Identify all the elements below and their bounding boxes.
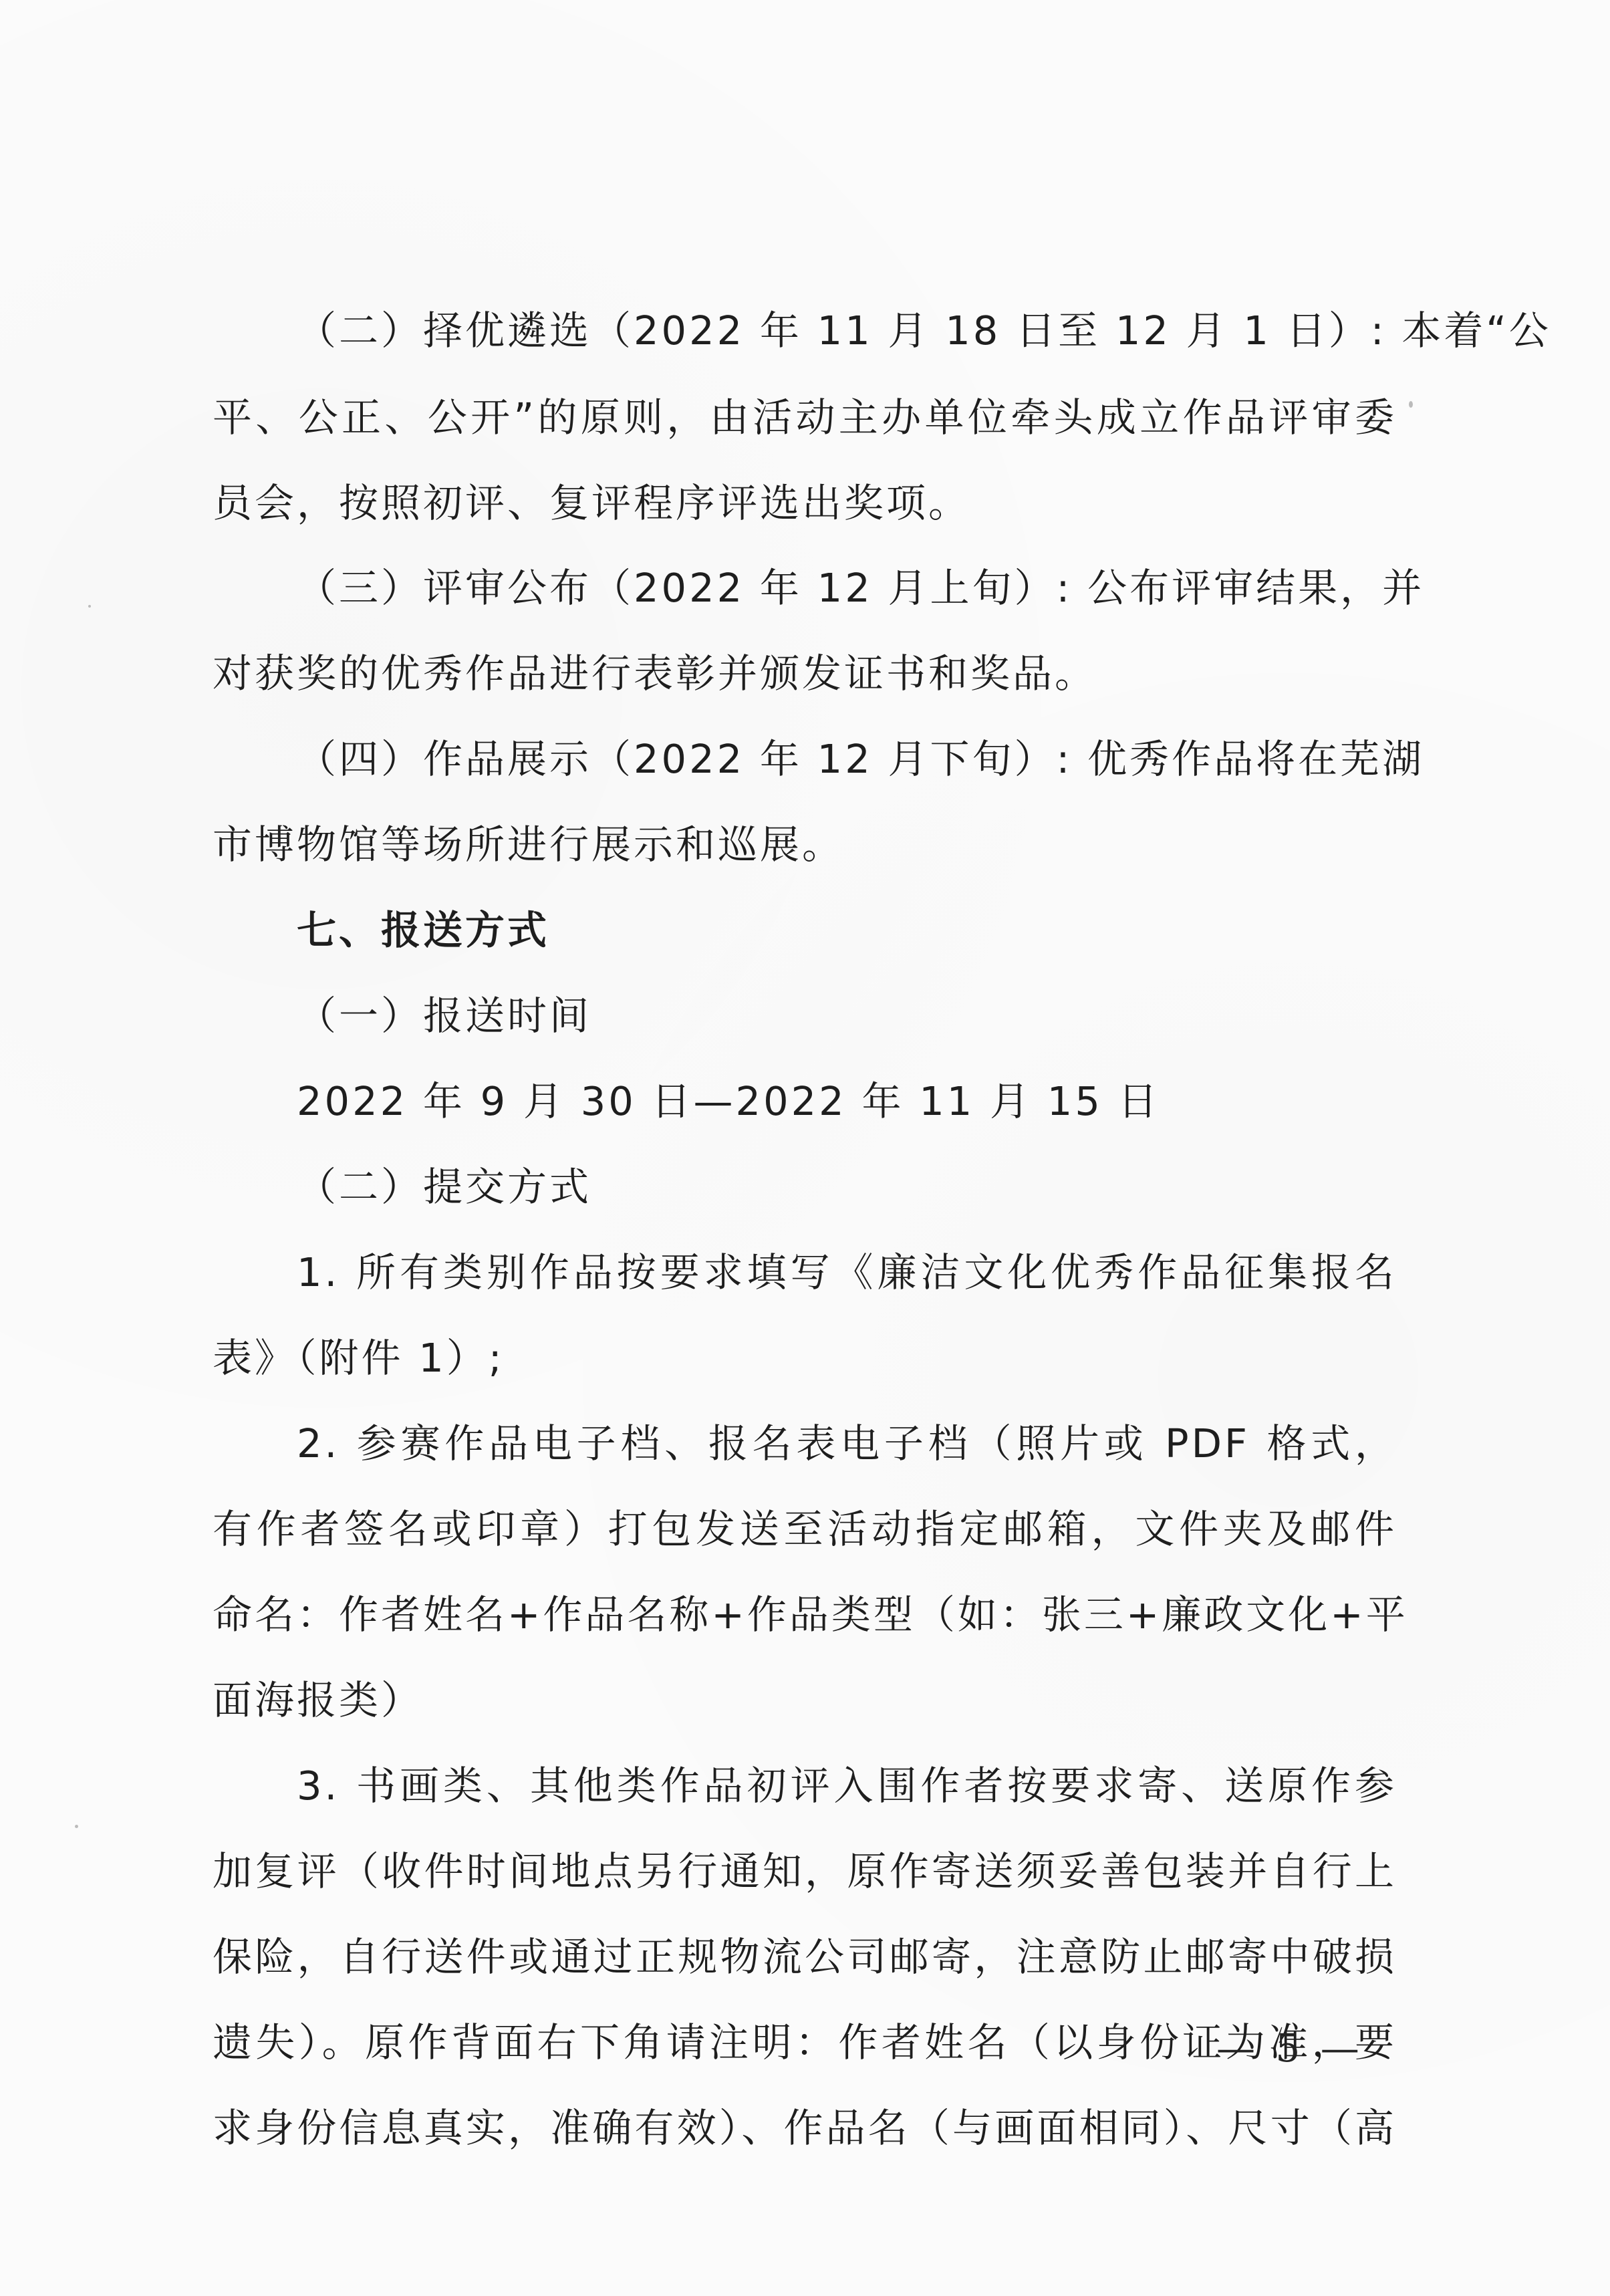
subsection-heading-method: （二）提交方式 <box>213 1147 1397 1227</box>
paragraph-announcement-line-1: （三）评审公布（2022 年 12 月上旬）: 公布评审结果，并 <box>213 548 1397 628</box>
subsection-heading-time: （一）报送时间 <box>213 976 1397 1056</box>
method-item-2-line-2: 有作者签名或印章）打包发送至活动指定邮箱，文件夹及邮件 <box>213 1489 1397 1569</box>
method-item-2-line-4: 面海报类） <box>213 1660 1397 1741</box>
paragraph-exhibition-line-1: （四）作品展示（2022 年 12 月下旬）: 优秀作品将在芜湖 <box>213 719 1397 799</box>
scan-speck <box>88 605 91 608</box>
method-item-3-line-2: 加复评（收件时间地点另行通知，原作寄送须妥善包装并自行上 <box>213 1831 1397 1912</box>
paragraph-selection-line-1: （二）择优遴选（2022 年 11 月 18 日至 12 月 1 日）: 本着“… <box>213 291 1397 371</box>
method-item-1-line-2: 表》（附件 1）; <box>213 1318 1397 1398</box>
document-page: （二）择优遴选（2022 年 11 月 18 日至 12 月 1 日）: 本着“… <box>0 0 1610 2296</box>
paragraph-exhibition-line-2: 市博物馆等场所进行展示和巡展。 <box>213 805 1397 885</box>
paragraph-selection-line-2: 平、公正、公开”的原则，由活动主办单位牵头成立作品评审委 <box>213 378 1397 458</box>
paragraph-selection-line-3: 员会，按照初评、复评程序评选出奖项。 <box>213 463 1397 543</box>
section-heading-submission: 七、报送方式 <box>213 890 1397 971</box>
scan-speck <box>1409 401 1413 408</box>
paragraph-announcement-line-2: 对获奖的优秀作品进行表彰并颁发证书和奖品。 <box>213 634 1397 714</box>
method-item-3-line-3: 保险，自行送件或通过正规物流公司邮寄，注意防止邮寄中破损 <box>213 1917 1397 1997</box>
method-item-2-line-3: 命名：作者姓名+作品名称+作品类型（如：张三+廉政文化+平 <box>213 1575 1397 1655</box>
method-item-3-line-5: 求身份信息真实，准确有效）、作品名（与画面相同）、尺寸（高 <box>213 2088 1397 2168</box>
method-item-3-line-1: 3. 书画类、其他类作品初评入围作者按要求寄、送原作参 <box>213 1746 1397 1826</box>
method-item-1-line-1: 1. 所有类别作品按要求填写《廉洁文化优秀作品征集报名 <box>213 1233 1397 1313</box>
page-number: — 5 — <box>1216 2025 1363 2071</box>
submission-date-range: 2022 年 9 月 30 日—2022 年 11 月 15 日 <box>213 1061 1397 1142</box>
method-item-2-line-1: 2. 参赛作品电子档、报名表电子档（照片或 PDF 格式， <box>213 1404 1397 1484</box>
scan-speck <box>75 1825 78 1828</box>
